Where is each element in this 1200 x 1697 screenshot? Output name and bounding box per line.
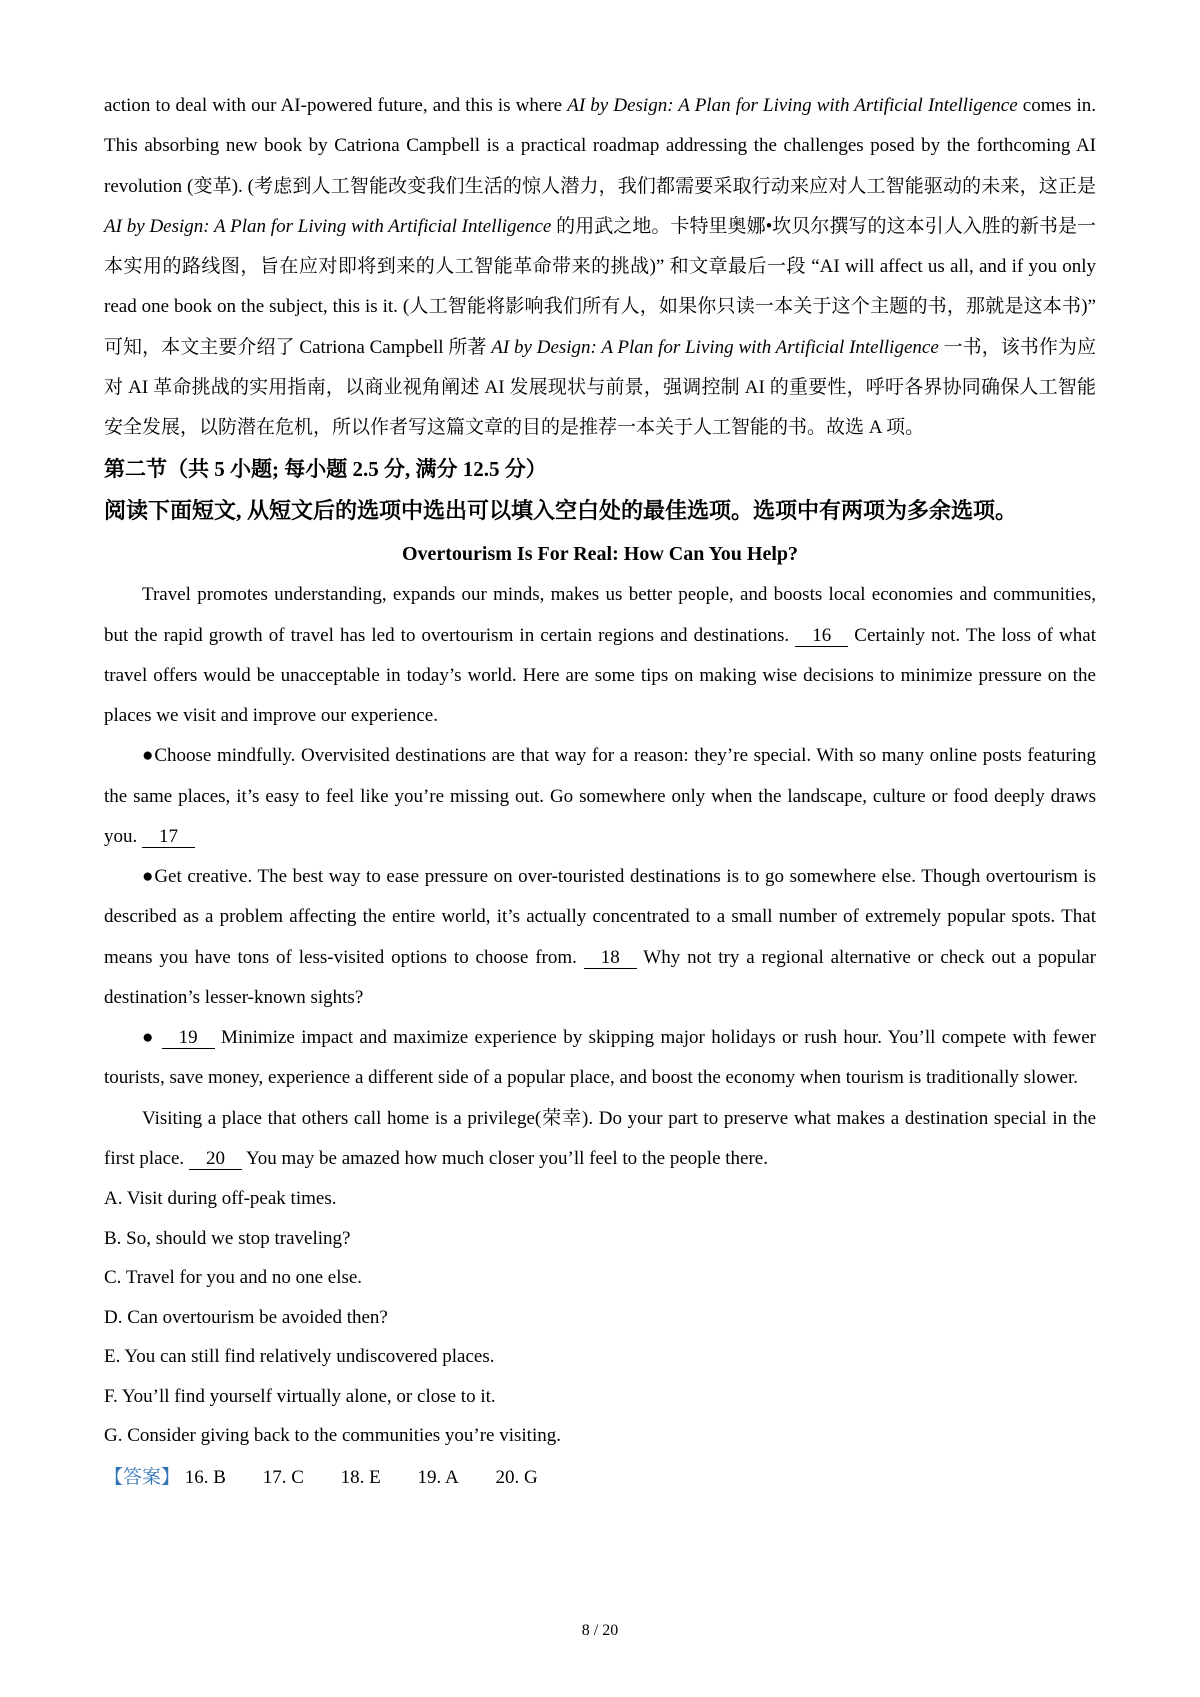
blank-18: 18 (584, 947, 637, 969)
option-d: D. Can overtourism be avoided then? (104, 1298, 1096, 1338)
passage-title: Overtourism Is For Real: How Can You Hel… (104, 533, 1096, 575)
answer-item: 20. G (495, 1458, 537, 1498)
blank-19: 19 (162, 1027, 215, 1049)
document-page: action to deal with our AI-powered futur… (0, 0, 1200, 1697)
passage-paragraph: ●Choose mindfully. Overvisited destinati… (104, 736, 1096, 857)
passage-paragraph: Visiting a place that others call home i… (104, 1099, 1096, 1180)
section-instruction: 阅读下面短文, 从短文后的选项中选出可以填入空白处的最佳选项。选项中有两项为多余… (104, 490, 1096, 533)
option-g: G. Consider giving back to the communiti… (104, 1416, 1096, 1456)
option-a: A. Visit during off-peak times. (104, 1179, 1096, 1219)
answer-item: 16. B (185, 1458, 226, 1498)
passage-paragraph: ●Get creative. The best way to ease pres… (104, 857, 1096, 1018)
answer-item: 18. E (341, 1458, 381, 1498)
analysis-paragraph: action to deal with our AI-powered futur… (104, 86, 1096, 448)
section-heading: 第二节（共 5 小题; 每小题 2.5 分, 满分 12.5 分） (104, 448, 1096, 490)
blank-16: 16 (795, 625, 848, 647)
option-c: C. Travel for you and no one else. (104, 1258, 1096, 1298)
answers-line: 【答案】 16. B 17. C 18. E 19. A 20. G (104, 1458, 1096, 1498)
option-f: F. You’ll find yourself virtually alone,… (104, 1377, 1096, 1417)
answer-item: 19. A (418, 1458, 459, 1498)
passage-paragraph: ● 19 Minimize impact and maximize experi… (104, 1018, 1096, 1099)
passage-paragraph: Travel promotes understanding, expands o… (104, 575, 1096, 736)
option-e: E. You can still find relatively undisco… (104, 1337, 1096, 1377)
blank-17: 17 (142, 826, 195, 848)
option-b: B. So, should we stop traveling? (104, 1219, 1096, 1259)
answer-item: 17. C (263, 1458, 304, 1498)
answer-label: 【答案】 (104, 1467, 180, 1488)
page-number: 8 / 20 (0, 1623, 1200, 1639)
blank-20: 20 (189, 1148, 242, 1170)
